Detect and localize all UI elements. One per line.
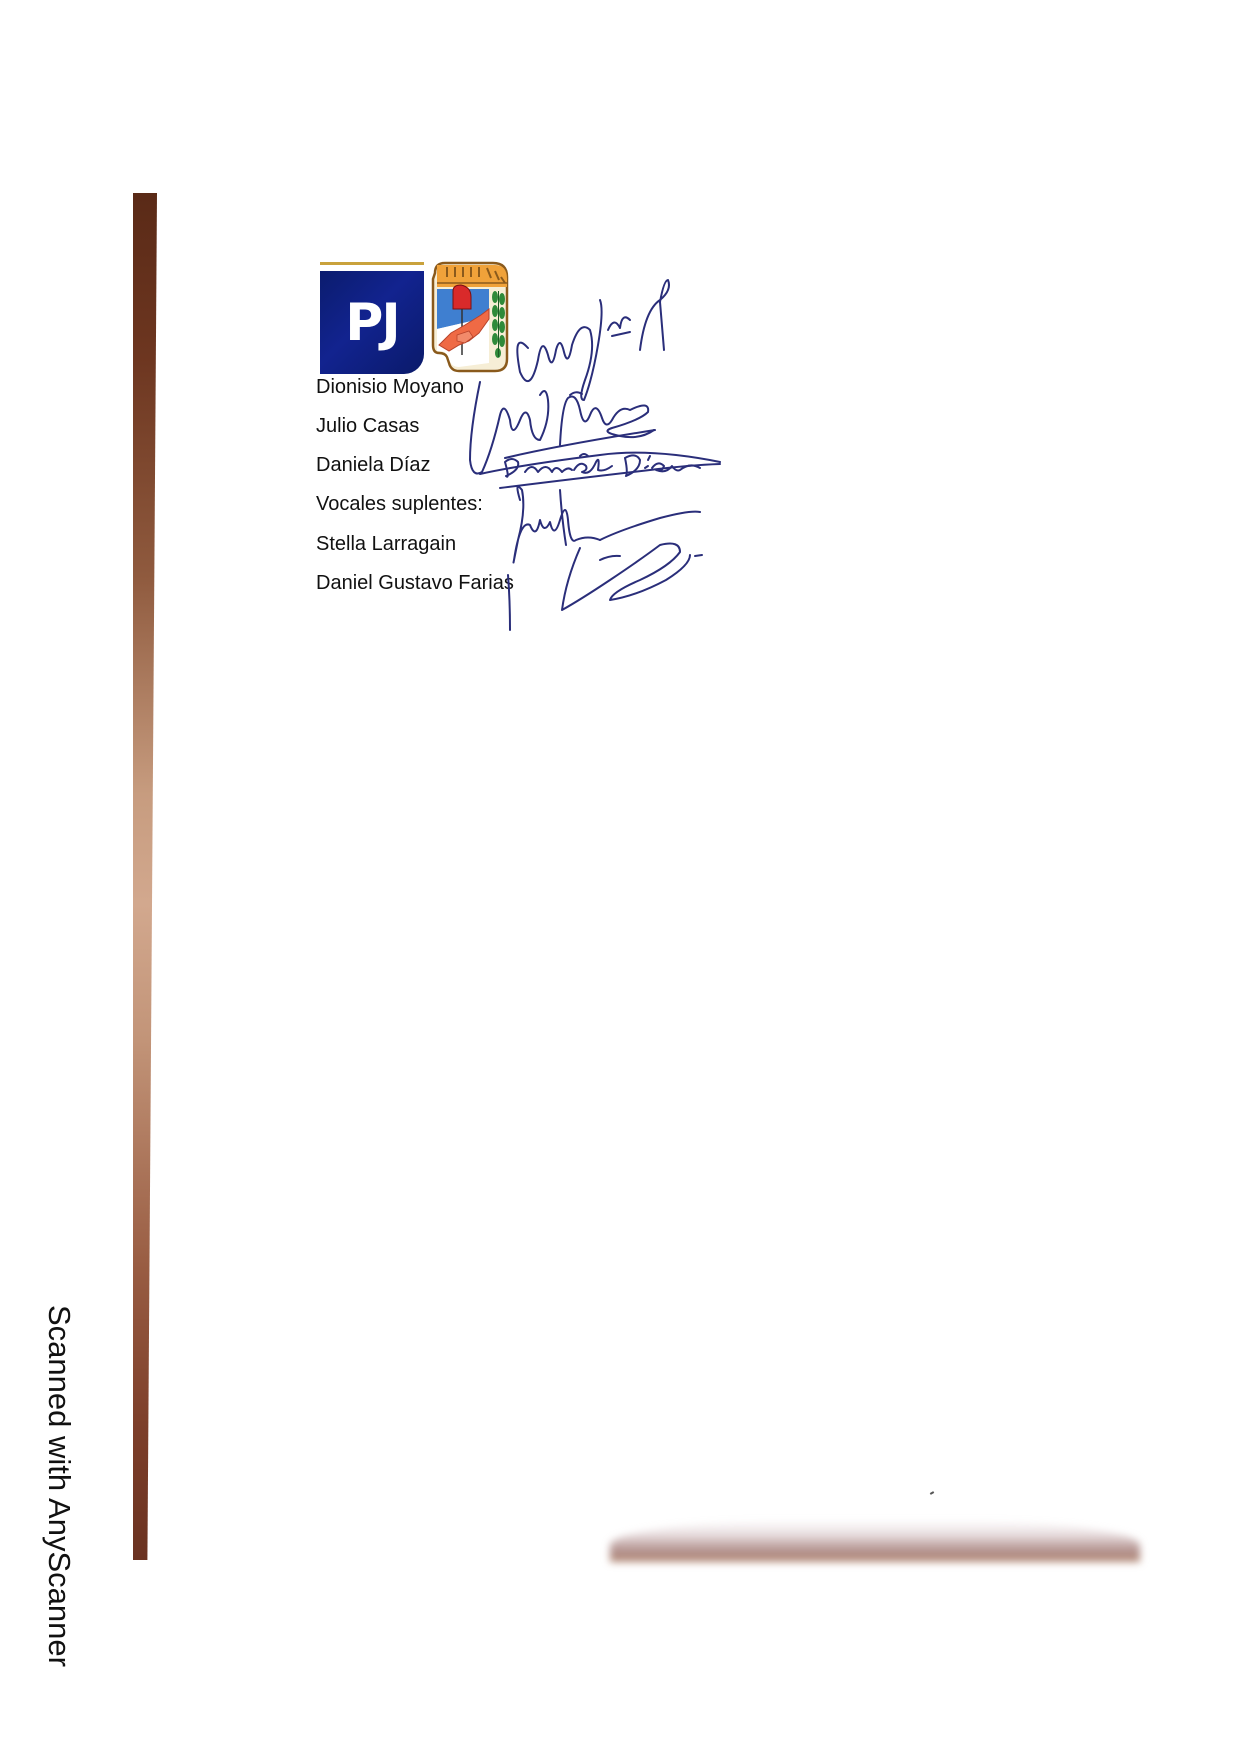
pj-logo-text: PJ: [345, 293, 398, 353]
signature-casas: [470, 382, 548, 474]
paper-left-edge: [133, 193, 157, 1560]
signatory-name: Julio Casas: [316, 415, 419, 438]
signature-larragain: [514, 487, 601, 563]
pj-logo-icon: PJ: [320, 262, 424, 374]
signatory-name: Stella Larragain: [316, 533, 456, 556]
paper-bottom-shadow: [610, 1520, 1140, 1562]
signature-diaz: [505, 459, 518, 477]
scanner-watermark: Scanned with AnyScanner: [42, 1305, 76, 1705]
scanned-page: PJ: [0, 0, 1241, 1754]
handwritten-signatures: [0, 0, 1241, 1754]
shield-emblem-icon: [429, 259, 511, 375]
pj-logo-gold-line: [320, 262, 424, 265]
pj-logo-box: PJ: [320, 271, 424, 374]
signatory-name: Daniel Gustavo Farias: [316, 572, 514, 595]
signature-farias: [562, 544, 690, 610]
signatory-name: Daniela Díaz: [316, 454, 431, 477]
dust-speck: [930, 1491, 934, 1495]
signature-moyano: [517, 300, 601, 400]
signatory-name: Dionisio Moyano: [316, 376, 464, 399]
section-heading-vocales-suplentes: Vocales suplentes:: [316, 493, 483, 516]
